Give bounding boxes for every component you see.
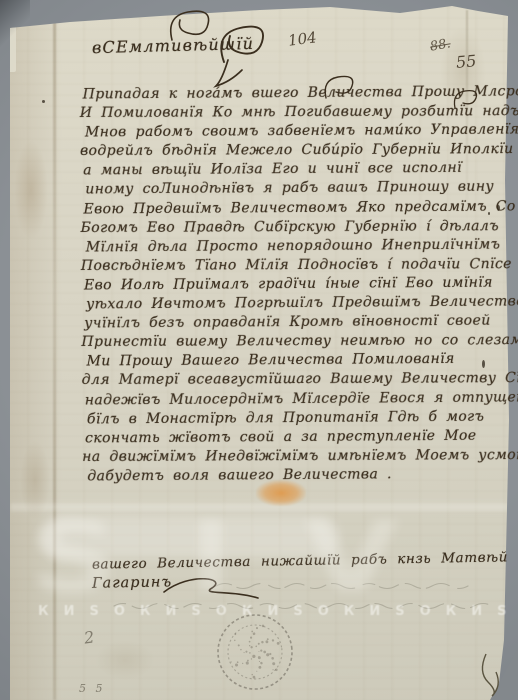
- scan-corner-shadow: [0, 0, 30, 50]
- manuscript-line: Припадая к нога́мъ вшего Величества Прош…: [83, 83, 513, 105]
- ink-speck: [42, 100, 45, 103]
- manuscript-line: скончать жïвотъ свой а за преступленïе М…: [85, 426, 515, 448]
- archive-round-stamp: [208, 605, 303, 700]
- manuscript-lines: Припадая к нога́мъ вшего Величества Прош…: [83, 83, 516, 487]
- signature-name: Гагаринъ: [92, 574, 172, 591]
- manuscript-line: Повсѣднïемъ Тïано Мïлïя Подносïвъ í пода…: [81, 255, 511, 276]
- pencil-annotation: [214, 576, 510, 596]
- folio-number-corner: 55: [455, 51, 477, 72]
- manuscript-line: для Матерï всеавгустïйшаго Вашему Величе…: [82, 369, 512, 390]
- manuscript-line: Евою Предвшïмъ Величествомъ Яко предсамï…: [83, 197, 513, 219]
- manuscript-line: Мïлнïя дѣла Просто непорядошно Инеприлïч…: [86, 235, 516, 257]
- pencil-annotation: [112, 596, 504, 616]
- manuscript-line: дабудетъ воля вашего Величества .: [87, 464, 517, 486]
- manuscript-line: на движïмïмъ Инедвïжïмïмъ имѣнïемъ Моемъ…: [82, 446, 512, 467]
- manuscript-line: бïлъ в Монастïрѣ для Пропитанïя Гдѣ б мо…: [87, 407, 517, 429]
- manuscript-line: Богомъ Ево Правдѣ Сибïрскую Губернïю í д…: [81, 217, 511, 238]
- pencil-number: 5 5: [79, 682, 106, 695]
- folio-number-ink: 104: [287, 28, 318, 49]
- manuscript-line: водрейлъ бѣднïя Межело Сиби́рïо Губернïи…: [80, 140, 510, 161]
- corner-ink-curl: [476, 652, 510, 698]
- vertical-fold-crease: [53, 20, 56, 700]
- manuscript-line: Принестïи вшему Величеству неимѣю но со …: [81, 331, 511, 352]
- manuscript-line: иному соЛинодѣнïвъ я рабъ вашъ Приношу в…: [85, 178, 515, 200]
- manuscript-line: И Помилованïя Ко мнѣ Погибавшему розбитï…: [80, 102, 510, 123]
- manuscript-line: уѣхало Ивчтомъ Погрѣшïлъ Предвшïмъ Велич…: [86, 293, 516, 315]
- scanned-manuscript-page: { "folio": { "number_ink": "104", "numbe…: [0, 0, 518, 700]
